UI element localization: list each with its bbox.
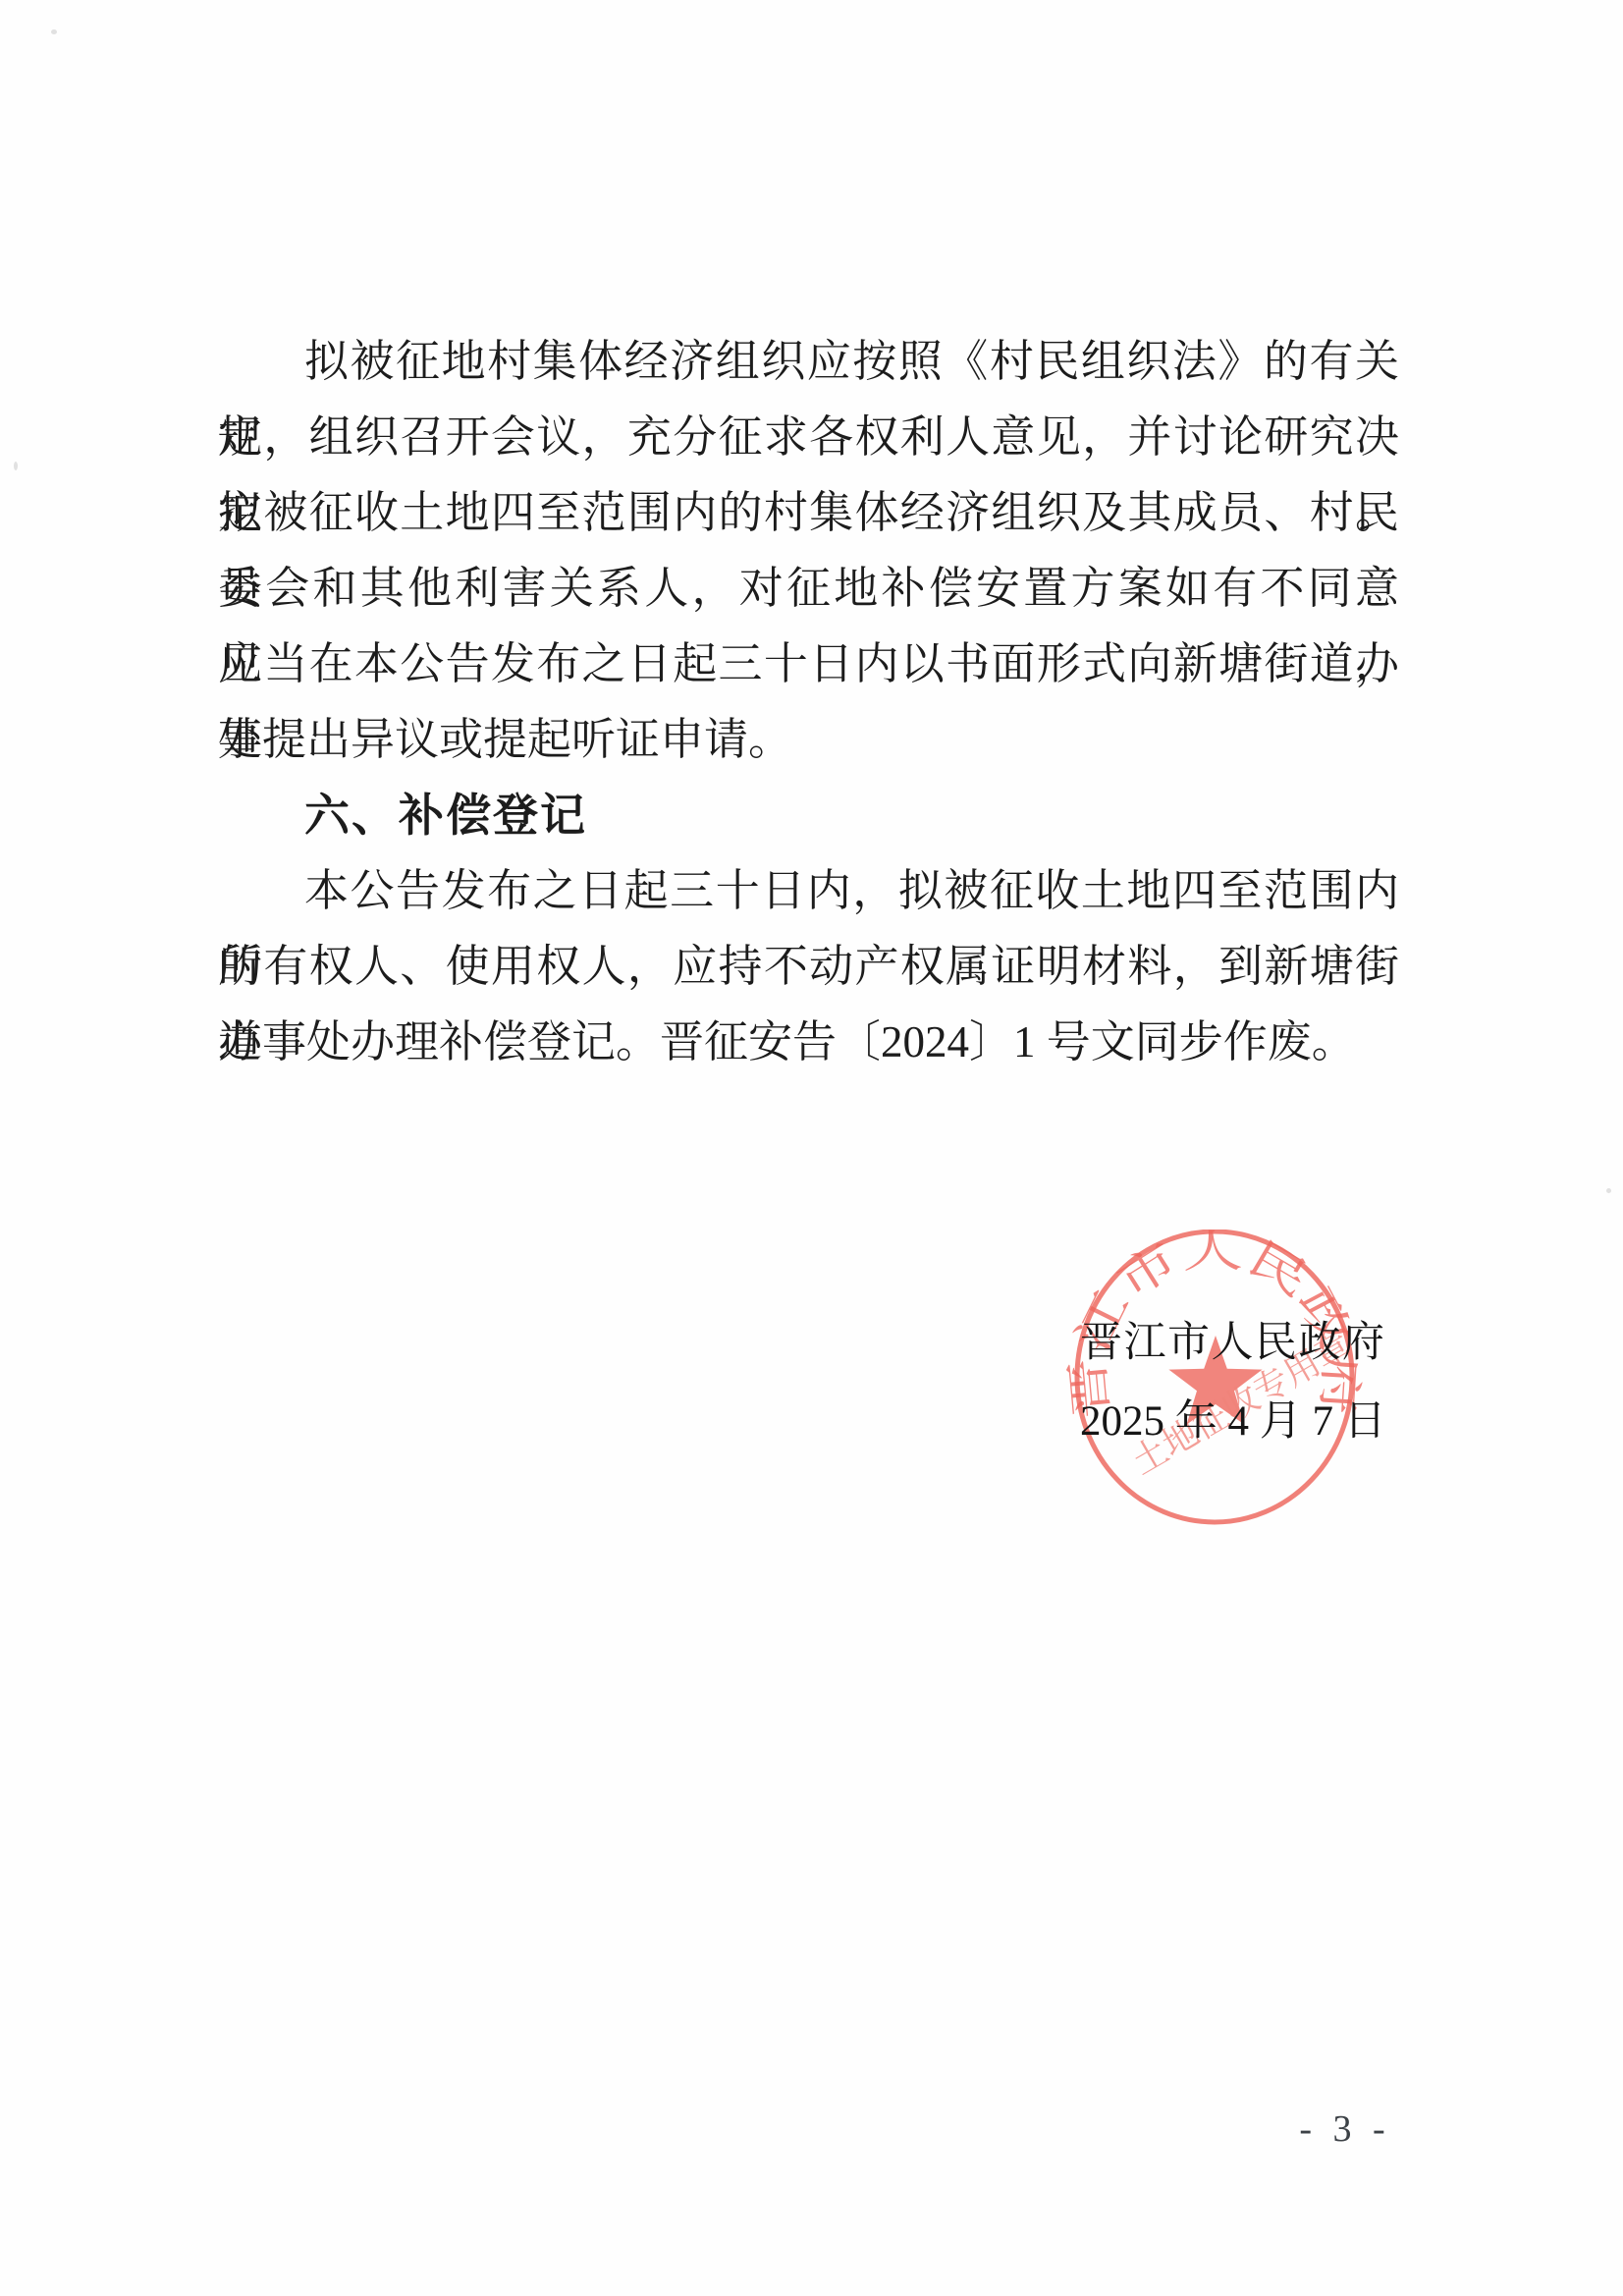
- scan-speck: [1606, 1188, 1611, 1193]
- section-heading: 六、补偿登记: [218, 778, 1399, 853]
- issuer-name: 晋江市人民政府: [1080, 1314, 1384, 1373]
- body-line: 处提出异议或提起听证申请。: [218, 702, 1399, 778]
- body-line: 拟被征地村集体经济组织应按照《村民组织法》的有关规: [218, 324, 1399, 400]
- issue-date: 2025 年 4 月 7 日: [1080, 1393, 1377, 1451]
- body-line: 应当在本公告发布之日起三十日内以书面形式向新塘街道办事: [218, 627, 1399, 702]
- body-line: 办事处办理补偿登记。晋征安告〔2024〕1 号文同步作废。: [218, 1005, 1399, 1080]
- scan-speck: [51, 29, 57, 34]
- body-line: 定，组织召开会议，充分征求各权利人意见，并讨论研究决定。: [218, 400, 1399, 475]
- body-line: 拟被征收土地四至范围内的村集体经济组织及其成员、村民委: [218, 475, 1399, 551]
- body-line: 员会和其他利害关系人，对征地补偿安置方案如有不同意见，: [218, 551, 1399, 627]
- page-number: - 3 -: [1276, 2107, 1414, 2151]
- document-page: 拟被征地村集体经济组织应按照《村民组织法》的有关规 定，组织召开会议，充分征求各…: [0, 0, 1623, 2296]
- body-line: 本公告发布之日起三十日内，拟被征收土地四至范围内的: [218, 853, 1399, 929]
- scan-speck: [14, 462, 18, 470]
- body-text: 拟被征地村集体经济组织应按照《村民组织法》的有关规 定，组织召开会议，充分征求各…: [218, 324, 1399, 1080]
- body-line: 所有权人、使用权人，应持不动产权属证明材料，到新塘街道: [218, 929, 1399, 1005]
